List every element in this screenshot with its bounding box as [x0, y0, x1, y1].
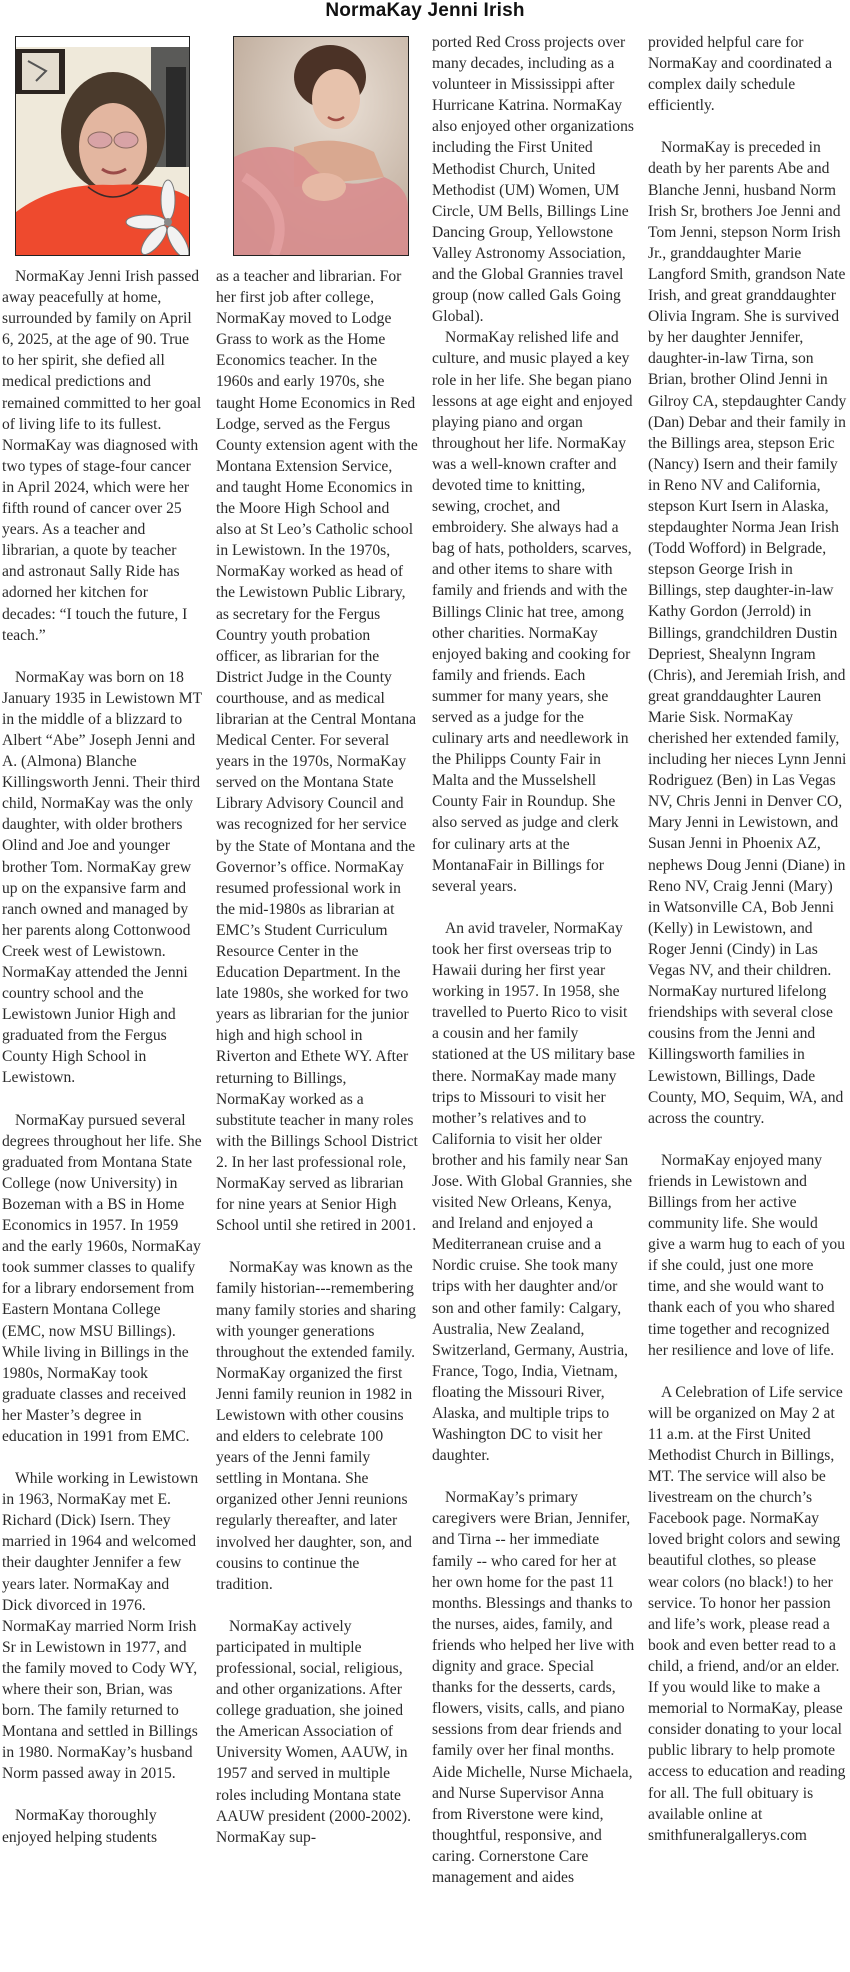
paragraph: NormaKay enjoyed many friends in Lewisto…: [648, 1150, 848, 1361]
paragraph: ported Red Cross projects over many deca…: [432, 32, 636, 327]
paragraph: NormaKay is preceded in death by her par…: [648, 137, 848, 1128]
portrait-image-icon: [16, 37, 189, 255]
portrait-image-icon: [234, 37, 408, 255]
obituary-title: NormaKay Jenni Irish: [0, 0, 850, 22]
paragraph: NormaKay pursued several degrees through…: [2, 1110, 202, 1448]
paragraph: An avid traveler, NormaKay took her firs…: [432, 918, 636, 1466]
obituary-column-1: NormaKay Jenni Irish passed away peacefu…: [2, 266, 202, 1869]
paragraph: While working in Lewistown in 1963, Norm…: [2, 1468, 202, 1784]
vintage-portrait-photo: [233, 36, 409, 256]
paragraph: provided helpful care for NormaKay and c…: [648, 32, 848, 116]
paragraph: NormaKay was born on 18 January 1935 in …: [2, 667, 202, 1089]
paragraph: NormaKay actively participated in multip…: [216, 1616, 418, 1848]
obituary-column-4: provided helpful care for NormaKay and c…: [648, 32, 848, 1867]
paragraph: A Celebration of Life service will be or…: [648, 1382, 848, 1846]
paragraph: as a teacher and librarian. For her firs…: [216, 266, 418, 1236]
paragraph: NormaKay relished life and culture, and …: [432, 327, 636, 897]
paragraph: NormaKay was known as the family histori…: [216, 1257, 418, 1595]
paragraph: NormaKay’s primary caregivers were Brian…: [432, 1487, 636, 1888]
obituary-column-2: as a teacher and librarian. For her firs…: [216, 266, 418, 1869]
recent-portrait-photo: [15, 36, 190, 256]
paragraph: NormaKay Jenni Irish passed away peacefu…: [2, 266, 202, 646]
paragraph: NormaKay thoroughly enjoyed helping stud…: [2, 1805, 202, 1847]
obituary-column-3: ported Red Cross projects over many deca…: [432, 32, 636, 1909]
